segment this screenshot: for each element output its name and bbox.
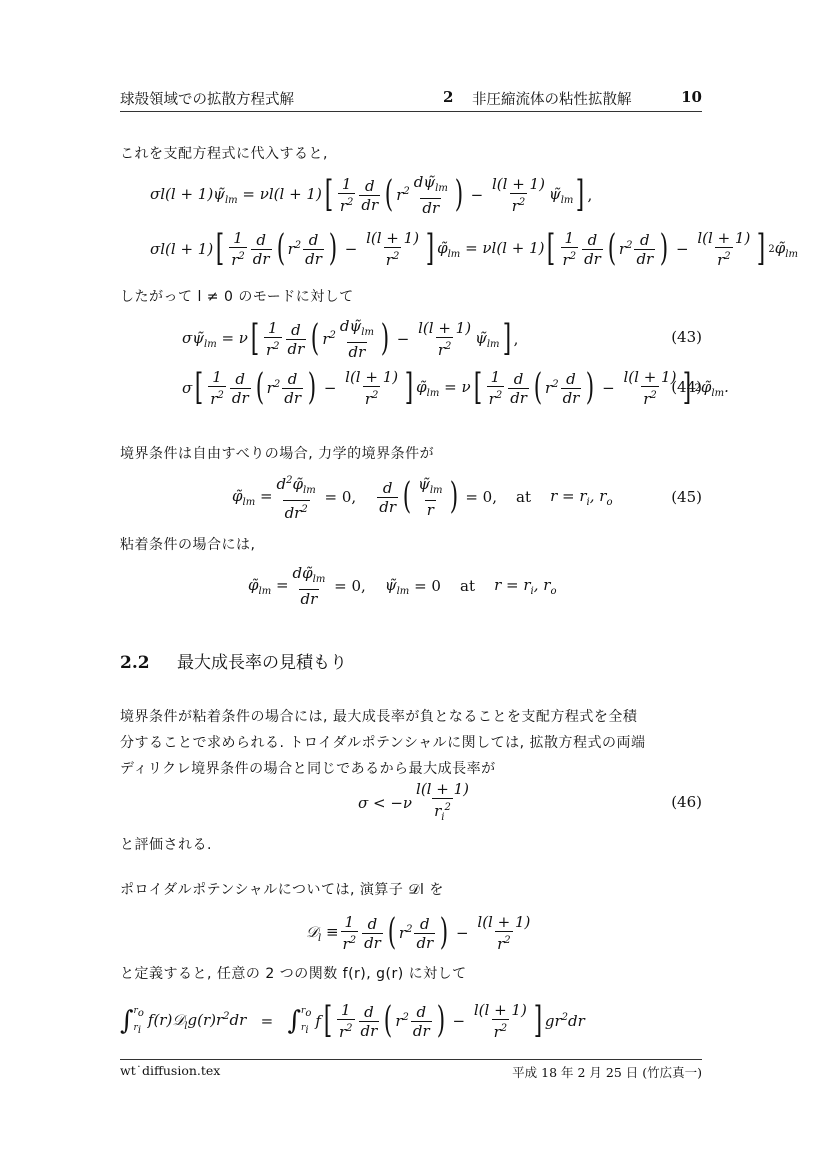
footer-date-author: 平成 18 年 2 月 25 日 (竹広真一): [512, 1063, 702, 1081]
footer-filename: wt˙diffusion.tex: [120, 1063, 220, 1078]
header-rule: [120, 111, 702, 112]
paragraph-line: ディリクレ境界条件の場合と同じであるから最大成長率が: [120, 756, 704, 782]
paragraph-substitute: これを支配方程式に代入すると,: [120, 141, 704, 167]
equation-number-45: (45): [671, 488, 702, 506]
section-title: 最大成長率の見積もり: [177, 653, 347, 673]
equation-psi-substituted: σl(l + 1)ψ̃lm = νl(l + 1) [ 1r2 ddr ( r2…: [150, 172, 592, 218]
running-header: 球殻領域での拡散方程式解 2 非圧縮流体の粘性拡散解 10: [120, 88, 702, 112]
equation-number-44: (44): [671, 378, 702, 396]
equation-integral: ∫rori f(r)𝒟lg(r)r2dr = ∫rori f [ 1r2 ddr…: [120, 996, 585, 1046]
equation-44: σ [ 1r2 ddr (r2 ddr ) − l(l + 1)r2 ] φ̃l…: [182, 365, 729, 411]
equation-phi-substituted: σl(l + 1) [ 1r2 ddr (r2 ddr ) − l(l + 1)…: [150, 226, 798, 272]
equation-number-43: (43): [671, 328, 702, 346]
paragraph-no-slip: 粘着条件の場合には,: [120, 532, 704, 558]
header-section-number: 2: [443, 88, 453, 106]
equation-operator-definition: 𝒟l ≡ 1r2 ddr (r2 ddr ) − l(l + 1)r2: [306, 910, 534, 956]
equation-43: σψ̃lm = ν [ 1r2 ddr (r2 dψ̃lmdr ) − l(l …: [182, 316, 518, 362]
page-number: 10: [681, 88, 702, 106]
paragraph-line: 境界条件が粘着条件の場合には, 最大成長率が負となることを支配方程式を全積: [120, 704, 704, 730]
equation-46: σ < −ν l(l + 1)ri2: [358, 780, 473, 826]
header-section-title: 非圧縮流体の粘性拡散解: [472, 88, 632, 109]
paragraph-free-slip: 境界条件は自由すべりの場合, 力学的境界条件が: [120, 441, 704, 467]
equation-no-slip-conditions: φ̃lm = dφ̃lmdr = 0, ψ̃lm = 0 at r = ri, …: [248, 563, 556, 609]
equation-number-46: (46): [671, 793, 702, 811]
paragraph-define: と定義すると, 任意の 2 つの関数 f(r), g(r) に対して: [120, 961, 704, 987]
paragraph-evaluated: と評価される.: [120, 832, 704, 858]
paragraph-operator: ポロイダルポテンシャルについては, 演算子 𝒟l を: [120, 877, 704, 903]
paragraph-mode-condition: したがって l ≠ 0 のモードに対して: [120, 284, 704, 310]
paragraph-growth-rate: 境界条件が粘着条件の場合には, 最大成長率が負となることを支配方程式を全積 分す…: [120, 704, 704, 782]
footer-rule: [120, 1059, 702, 1060]
section-number: 2.2: [120, 653, 150, 673]
equation-45: φ̃lm = d2φ̃lmdr2 = 0, ddr ( ψ̃lmr ) = 0,…: [232, 474, 613, 520]
section-heading: 2.2 最大成長率の見積もり: [120, 648, 347, 673]
paragraph-line: 分することで求められる. トロイダルポテンシャルに関しては, 拡散方程式の両端: [120, 730, 704, 756]
header-document-title: 球殻領域での拡散方程式解: [120, 88, 294, 109]
